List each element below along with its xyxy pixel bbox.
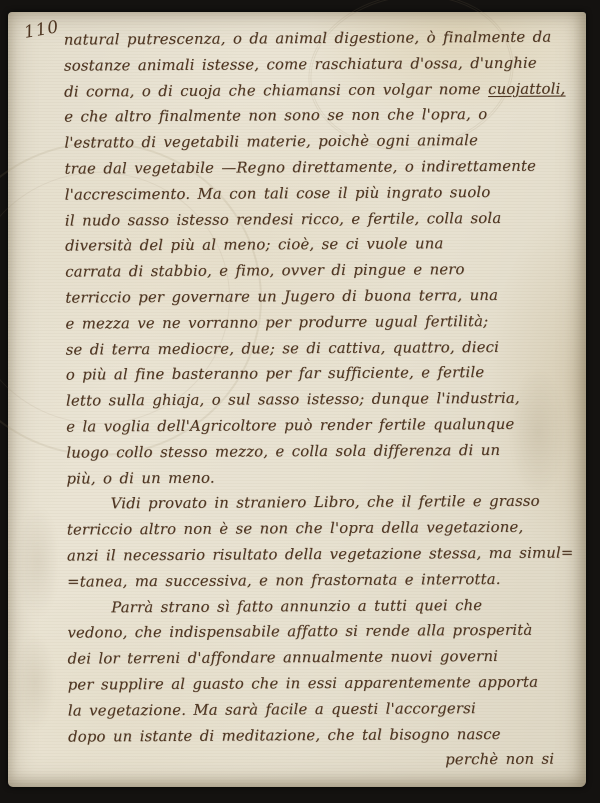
page-number: 110 [23,17,61,43]
manuscript-line: natural putrescenza, o da animal digesti… [64,24,576,53]
manuscript-line: vedono, che indispensabile affatto si re… [67,618,579,647]
manuscript-line: la vegetazione. Ma sarà facile a questi … [68,695,580,724]
ink-bleedthrough-smudge [8,482,68,642]
scan-background: 110 natural putrescenza, o da animal dig… [0,0,600,803]
manuscript-line-paragraph-start: Parrà strano sì fatto annunzio a tutti q… [67,592,579,621]
manuscript-line: dei lor terreni d'affondare annualmente … [68,644,580,673]
manuscript-line: luogo collo stesso mezzo, e colla sola d… [66,437,578,466]
manuscript-line: o più al fine basteranno per far suffici… [66,360,578,389]
manuscript-line: diversità del più al meno; cioè, se ci v… [65,231,577,260]
manuscript-line: per supplire al guasto che in essi appar… [68,669,580,698]
manuscript-line: l'accrescimento. Ma con tali cose il più… [65,179,577,208]
manuscript-line-paragraph-start: Vidi provato in straniero Libro, che il … [67,489,579,518]
manuscript-line: più, o di un meno. [66,463,578,492]
manuscript-line: e la voglia dell'Agricoltore può render … [66,411,578,440]
manuscript-line: dopo un istante di meditazione, che tal … [68,721,580,750]
manuscript-line: carrata di stabbio, e fimo, ovver di pin… [65,257,577,286]
manuscript-line: e che altro finalmente non sono se non c… [64,102,576,131]
manuscript-line: letto sulla ghiaja, o sul sasso istesso;… [66,386,578,415]
underlined-word: cuojattoli, [488,80,565,97]
ink-bleedthrough-smudge [8,612,63,752]
catchword: perchè non si [68,747,580,776]
manuscript-line: terriccio per governare un Jugero di buo… [65,282,577,311]
manuscript-page: 110 natural putrescenza, o da animal dig… [8,12,586,787]
manuscript-line: terriccio altro non è se non che l'opra … [67,515,579,544]
manuscript-line: e mezza ve ne vorranno per produrre ugua… [65,308,577,337]
manuscript-line: sostanze animali istesse, come raschiatu… [64,50,576,79]
manuscript-line: se di terra mediocre, due; se di cattiva… [66,334,578,363]
manuscript-line: trae dal vegetabile —Regno direttamente,… [65,153,577,182]
manuscript-line: =tanea, ma successiva, e non frastornata… [67,566,579,595]
manuscript-text-block: natural putrescenza, o da animal digesti… [64,24,581,775]
manuscript-line: l'estratto di vegetabili materie, poichè… [64,128,576,157]
manuscript-line: anzi il necessario risultato della veget… [67,540,579,569]
manuscript-line: il nudo sasso istesso rendesi ricco, e f… [65,205,577,234]
manuscript-line: di corna, o di cuoja che chiamansi con v… [64,76,576,105]
